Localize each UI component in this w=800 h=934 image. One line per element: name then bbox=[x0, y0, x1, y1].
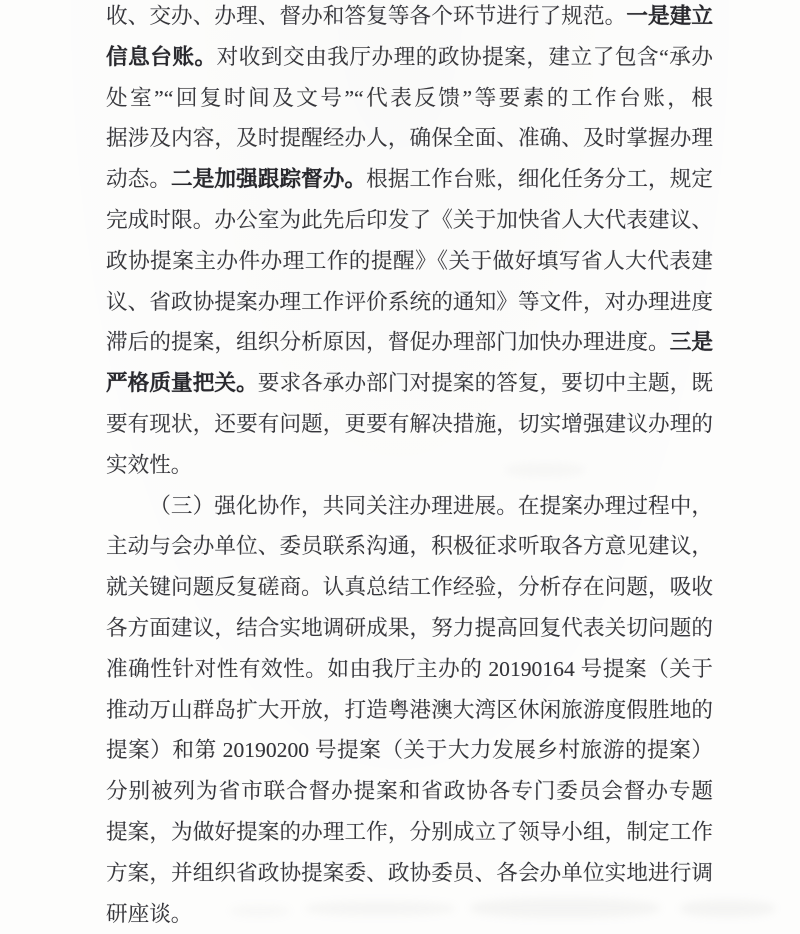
text-segment: （三）强化协作，共同关注办理进展。在提案办理过程中， bbox=[149, 494, 713, 518]
scan-smudge bbox=[470, 898, 660, 918]
scanned-document-page: 收、交办、办理、督办和答复等各个环节进行了规范。一是建立信息台账。对收到交由我厅… bbox=[0, 0, 800, 934]
bold-text-segment: 三是 bbox=[670, 330, 713, 354]
text-segment: 收、交办、办理、督办和答复等各个环节进行了规范。 bbox=[106, 4, 626, 28]
text-segment: 就关键问题反复磋商。认真总结工作经验，分析存在问题，吸收 bbox=[106, 575, 713, 599]
text-line: 完成时限。办公室为此先后印发了《关于加快省人大代表建议、 bbox=[106, 200, 713, 241]
text-line: 收、交办、办理、督办和答复等各个环节进行了规范。一是建立 bbox=[106, 0, 713, 37]
bold-text-segment: 严格质量把关。 bbox=[106, 371, 258, 395]
text-segment: 要求各承办部门对提案的答复，要切中主题，既 bbox=[258, 371, 713, 395]
text-line: 要有现状，还要有问题，更要有解决措施，切实增强建议办理的 bbox=[106, 404, 713, 445]
text-line: 各方面建议，结合实地调研成果，努力提高回复代表关切问题的 bbox=[106, 608, 713, 649]
text-segment: 实效性。 bbox=[106, 453, 192, 477]
text-line: 据涉及内容，及时提醒经办人，确保全面、准确、及时掌握办理 bbox=[106, 118, 713, 159]
text-line: 就关键问题反复磋商。认真总结工作经验，分析存在问题，吸收 bbox=[106, 567, 713, 608]
text-segment: 处室”“回复时间及文号”“代表反馈”等要素的工作台账，根 bbox=[106, 86, 713, 110]
text-segment: 据涉及内容，及时提醒经办人，确保全面、准确、及时掌握办理 bbox=[106, 126, 713, 150]
text-segment: 方案，并组织省政协提案委、政协委员、各会办单位实地进行调 bbox=[106, 861, 713, 885]
text-segment: 动态。 bbox=[106, 167, 171, 191]
text-line: 推动万山群岛扩大开放，打造粤港澳大湾区休闲旅游度假胜地的 bbox=[106, 690, 713, 731]
text-line: 准确性针对性有效性。如由我厅主办的 20190164 号提案（关于 bbox=[106, 649, 713, 690]
text-line: 动态。二是加强跟踪督办。根据工作台账，细化任务分工，规定 bbox=[106, 159, 713, 200]
text-line: 实效性。 bbox=[106, 445, 713, 486]
text-line: 滞后的提案，组织分析原因，督促办理部门加快办理进度。三是 bbox=[106, 322, 713, 363]
text-segment: 完成时限。办公室为此先后印发了《关于加快省人大代表建议、 bbox=[106, 208, 713, 232]
text-line: 处室”“回复时间及文号”“代表反馈”等要素的工作台账，根 bbox=[106, 78, 713, 119]
document-body: 收、交办、办理、督办和答复等各个环节进行了规范。一是建立信息台账。对收到交由我厅… bbox=[106, 0, 713, 934]
text-segment: 准确性针对性有效性。如由我厅主办的 20190164 号提案（关于 bbox=[106, 657, 713, 681]
text-line: 主动与会办单位、委员联系沟通，积极征求听取各方意见建议， bbox=[106, 526, 713, 567]
text-segment: 要有现状，还要有问题，更要有解决措施，切实增强建议办理的 bbox=[106, 412, 713, 436]
text-segment: 滞后的提案，组织分析原因，督促办理部门加快办理进度。 bbox=[106, 330, 670, 354]
text-segment: 提案，为做好提案的办理工作，分别成立了领导小组，制定工作 bbox=[106, 820, 713, 844]
text-line: 严格质量把关。要求各承办部门对提案的答复，要切中主题，既 bbox=[106, 363, 713, 404]
text-line: 分别被列为省市联合督办提案和省政协各专门委员会督办专题 bbox=[106, 771, 713, 812]
text-line: 政协提案主办件办理工作的提醒》《关于做好填写省人大代表建 bbox=[106, 241, 713, 282]
text-segment: 推动万山群岛扩大开放，打造粤港澳大湾区休闲旅游度假胜地的 bbox=[106, 698, 713, 722]
text-segment: 研座谈。 bbox=[106, 902, 192, 926]
text-segment: 议、省政协提案办理工作评价系统的通知》等文件，对办理进度 bbox=[106, 290, 713, 314]
text-segment: 主动与会办单位、委员联系沟通，积极征求听取各方意见建议， bbox=[106, 534, 713, 558]
text-segment: 对收到交由我厅办理的政协提案，建立了包含“承办 bbox=[217, 45, 713, 69]
bold-text-segment: 二是加强跟踪督办。 bbox=[171, 167, 366, 191]
text-line: 提案）和第 20190200 号提案（关于大力发展乡村旅游的提案） bbox=[106, 730, 713, 771]
text-line: 议、省政协提案办理工作评价系统的通知》等文件，对办理进度 bbox=[106, 282, 713, 323]
scan-smudge bbox=[230, 905, 290, 917]
text-line: 信息台账。对收到交由我厅办理的政协提案，建立了包含“承办 bbox=[106, 37, 713, 78]
bold-text-segment: 一是建立 bbox=[626, 4, 713, 28]
text-segment: 各方面建议，结合实地调研成果，努力提高回复代表关切问题的 bbox=[106, 616, 713, 640]
bold-text-segment: 信息台账。 bbox=[106, 45, 217, 69]
scan-smudge bbox=[305, 901, 455, 916]
scan-smudge bbox=[505, 463, 585, 477]
text-line: 提案，为做好提案的办理工作，分别成立了领导小组，制定工作 bbox=[106, 812, 713, 853]
text-segment: 根据工作台账，细化任务分工，规定 bbox=[366, 167, 713, 191]
text-line: （三）强化协作，共同关注办理进展。在提案办理过程中， bbox=[106, 486, 713, 527]
text-segment: 政协提案主办件办理工作的提醒》《关于做好填写省人大代表建 bbox=[106, 249, 713, 273]
text-line: 方案，并组织省政协提案委、政协委员、各会办单位实地进行调 bbox=[106, 853, 713, 894]
text-segment: 提案）和第 20190200 号提案（关于大力发展乡村旅游的提案） bbox=[106, 738, 713, 762]
text-segment: 分别被列为省市联合督办提案和省政协各专门委员会督办专题 bbox=[106, 779, 713, 803]
scan-smudge bbox=[680, 900, 775, 917]
